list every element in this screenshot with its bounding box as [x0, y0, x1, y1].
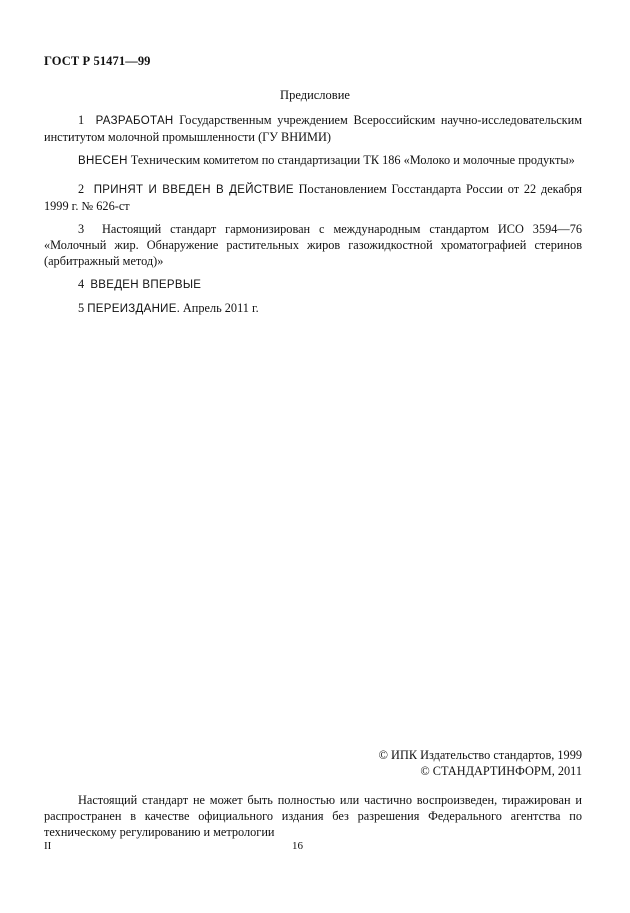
item-number: 4 [78, 277, 84, 291]
item-number: 1 [78, 113, 84, 127]
page-roman-number: II [44, 840, 51, 852]
item-lead: ПЕРЕИЗДАНИЕ [87, 303, 177, 315]
item-lead: РАЗРАБОТАН [96, 115, 174, 127]
copyright-block: © ИПК Издательство стандартов, 1999 © СТ… [379, 747, 582, 779]
item-number: 2 [78, 182, 84, 196]
item-text: Настоящий стандарт гармонизирован с межд… [44, 222, 582, 268]
item-lead: ВВЕДЕН ВПЕРВЫЕ [90, 279, 201, 291]
copyright-line-2: © СТАНДАРТИНФОРМ, 2011 [379, 763, 582, 779]
item-number: 5 [78, 301, 84, 315]
reproduction-notice: Настоящий стандарт не может быть полност… [44, 792, 582, 840]
page-number: 16 [292, 840, 303, 852]
item-4: 4 ВВЕДЕН ВПЕРВЫЕ [44, 276, 582, 293]
item-lead: ПРИНЯТ И ВВЕДЕН В ДЕЙСТВИЕ [94, 184, 294, 196]
item-5: 5 ПЕРЕИЗДАНИЕ. Апрель 2011 г. [44, 300, 582, 317]
item-number: 3 [78, 222, 84, 236]
section-title: Предисловие [0, 88, 630, 103]
copyright-line-1: © ИПК Издательство стандартов, 1999 [379, 747, 582, 763]
item-text: . Апрель 2011 г. [177, 301, 259, 315]
document-code: ГОСТ Р 51471—99 [44, 54, 151, 69]
item-1: 1 РАЗРАБОТАН Государственным учреждением… [44, 112, 582, 145]
item-introduced: ВНЕСЕН Техническим комитетом по стандарт… [44, 152, 582, 169]
item-text: Техническим комитетом по стандартизации … [128, 153, 575, 167]
item-2: 2 ПРИНЯТ И ВВЕДЕН В ДЕЙСТВИЕ Постановлен… [44, 181, 582, 214]
item-lead: ВНЕСЕН [78, 155, 128, 167]
item-3: 3 Настоящий стандарт гармонизирован с ме… [44, 221, 582, 269]
